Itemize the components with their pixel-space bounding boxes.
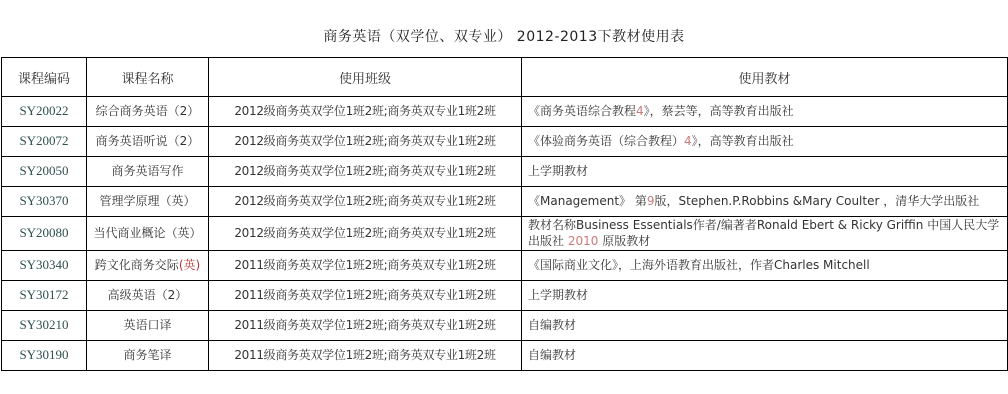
- cell-course-code: SY20050: [2, 157, 87, 187]
- table-body: SY20022综合商务英语（2）2012级商务英双学位1班2班;商务英双专业1班…: [2, 97, 1008, 371]
- cell-classes: 2012级商务英双学位1班2班;商务英双专业1班2班: [209, 187, 522, 217]
- header-course-code: 课程编码: [2, 58, 87, 97]
- table-row: SY30190商务笔译2011级商务英双学位1班2班;商务英双专业1班2班自编教…: [2, 341, 1008, 371]
- cell-textbook: 自编教材: [522, 311, 1008, 341]
- cell-textbook: 《商务英语综合教程4》，蔡芸等，高等教育出版社: [522, 97, 1008, 127]
- header-classes: 使用班级: [209, 58, 522, 97]
- textbook-usage-table: 课程编码 课程名称 使用班级 使用教材 SY20022综合商务英语（2）2012…: [1, 57, 1008, 371]
- cell-classes: 2011级商务英双学位1班2班;商务英双专业1班2班: [209, 341, 522, 371]
- cell-textbook: 上学期教材: [522, 157, 1008, 187]
- cell-course-code: SY20022: [2, 97, 87, 127]
- cell-course-name: 管理学原理（英）: [87, 187, 209, 217]
- cell-course-code: SY30172: [2, 281, 87, 311]
- cell-course-name: 当代商业概论（英）: [87, 217, 209, 251]
- cell-course-name: 综合商务英语（2）: [87, 97, 209, 127]
- header-course-name: 课程名称: [87, 58, 209, 97]
- cell-course-name: 跨文化商务交际(英): [87, 251, 209, 281]
- cell-textbook: 教材名称Business Essentials作者/编著者Ronald Eber…: [522, 217, 1008, 251]
- cell-classes: 2012级商务英双学位1班2班;商务英双专业1班2班: [209, 217, 522, 251]
- cell-classes: 2011级商务英双学位1班2班;商务英双专业1班2班: [209, 281, 522, 311]
- cell-classes: 2012级商务英双学位1班2班;商务英双专业1班2班: [209, 157, 522, 187]
- cell-classes: 2012级商务英双学位1班2班;商务英双专业1班2班: [209, 97, 522, 127]
- cell-course-code: SY30190: [2, 341, 87, 371]
- cell-textbook: 《Management》 第9版，Stephen.P.Robbins &Mary…: [522, 187, 1008, 217]
- cell-textbook: 《国际商业文化》，上海外语教育出版社，作者Charles Mitchell: [522, 251, 1008, 281]
- table-row: SY20080当代商业概论（英）2012级商务英双学位1班2班;商务英双专业1班…: [2, 217, 1008, 251]
- table-row: SY30210英语口译2011级商务英双学位1班2班;商务英双专业1班2班自编教…: [2, 311, 1008, 341]
- cell-classes: 2012级商务英双学位1班2班;商务英双专业1班2班: [209, 127, 522, 157]
- cell-course-code: SY20072: [2, 127, 87, 157]
- cell-course-name: 英语口译: [87, 311, 209, 341]
- cell-course-name: 商务笔译: [87, 341, 209, 371]
- cell-course-code: SY30210: [2, 311, 87, 341]
- table-header-row: 课程编码 课程名称 使用班级 使用教材: [2, 58, 1008, 97]
- table-row: SY20072商务英语听说（2）2012级商务英双学位1班2班;商务英双专业1班…: [2, 127, 1008, 157]
- table-row: SY30340跨文化商务交际(英)2011级商务英双学位1班2班;商务英双专业1…: [2, 251, 1008, 281]
- cell-classes: 2011级商务英双学位1班2班;商务英双专业1班2班: [209, 311, 522, 341]
- table-row: SY30370管理学原理（英）2012级商务英双学位1班2班;商务英双专业1班2…: [2, 187, 1008, 217]
- cell-course-code: SY20080: [2, 217, 87, 251]
- cell-course-code: SY30370: [2, 187, 87, 217]
- table-row: SY20022综合商务英语（2）2012级商务英双学位1班2班;商务英双专业1班…: [2, 97, 1008, 127]
- cell-course-name: 商务英语听说（2）: [87, 127, 209, 157]
- cell-course-name: 高级英语（2）: [87, 281, 209, 311]
- page-title: 商务英语（双学位、双专业） 2012-2013下教材使用表: [0, 0, 1008, 57]
- cell-course-code: SY30340: [2, 251, 87, 281]
- cell-course-name: 商务英语写作: [87, 157, 209, 187]
- cell-textbook: 《体验商务英语（综合教程）4》，高等教育出版社: [522, 127, 1008, 157]
- cell-textbook: 自编教材: [522, 341, 1008, 371]
- table-row: SY30172高级英语（2）2011级商务英双学位1班2班;商务英双专业1班2班…: [2, 281, 1008, 311]
- cell-textbook: 上学期教材: [522, 281, 1008, 311]
- cell-classes: 2011级商务英双学位1班2班;商务英双专业1班2班: [209, 251, 522, 281]
- table-row: SY20050商务英语写作2012级商务英双学位1班2班;商务英双专业1班2班上…: [2, 157, 1008, 187]
- header-textbook: 使用教材: [522, 58, 1008, 97]
